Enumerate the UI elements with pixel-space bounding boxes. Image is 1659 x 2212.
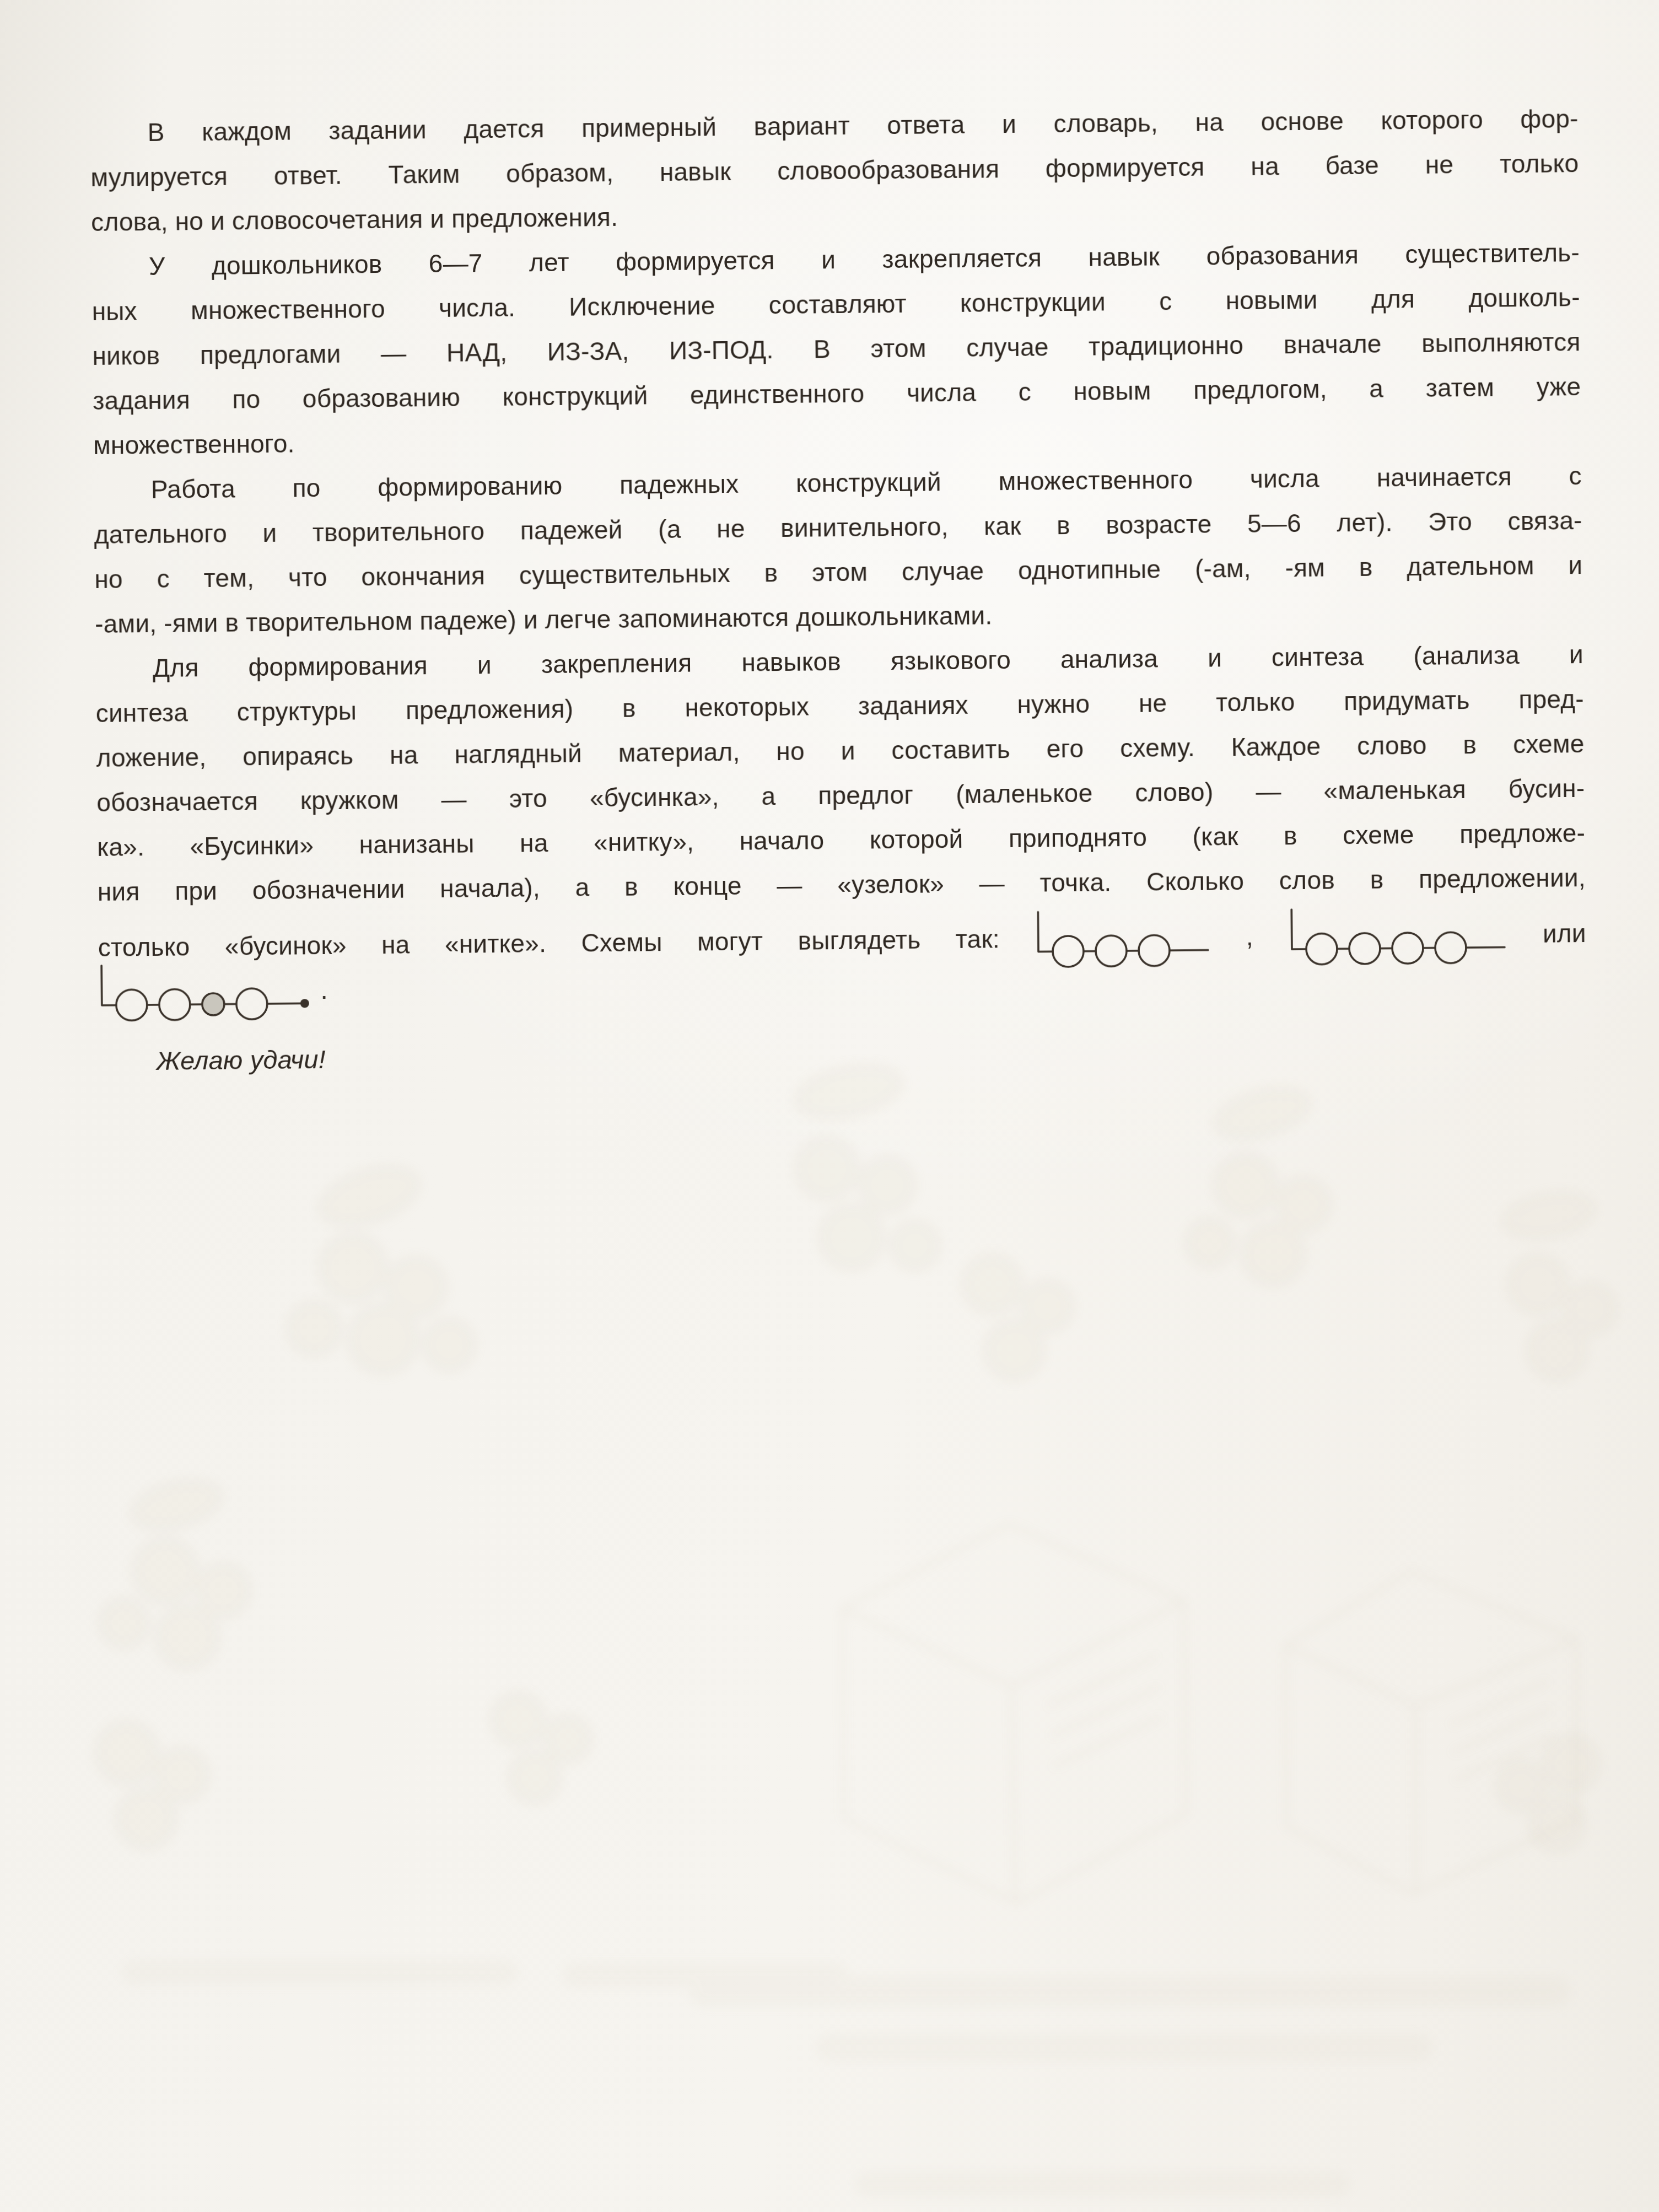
sentence-scheme-scheme2 <box>1288 901 1508 973</box>
text-segment: или <box>1543 919 1586 948</box>
paragraphs: В каждом задании дается примерный вариан… <box>90 96 1586 1004</box>
page-text-block: В каждом задании дается примерный вариан… <box>90 96 1587 1084</box>
ghost-boxes <box>842 1524 1577 1903</box>
book-page: В каждом задании дается примерный вариан… <box>0 0 1659 2212</box>
sentence-scheme-scheme1 <box>1035 904 1211 976</box>
sentence-scheme-scheme3 <box>98 957 314 1030</box>
text-segment: , <box>1246 922 1253 951</box>
ghost-berry-clusters <box>95 1055 1617 1852</box>
text-segment: . <box>320 976 327 1004</box>
ghost-text-smudges <box>121 1960 1571 2197</box>
closing-wish: Желаю удачи! <box>99 1025 1587 1084</box>
